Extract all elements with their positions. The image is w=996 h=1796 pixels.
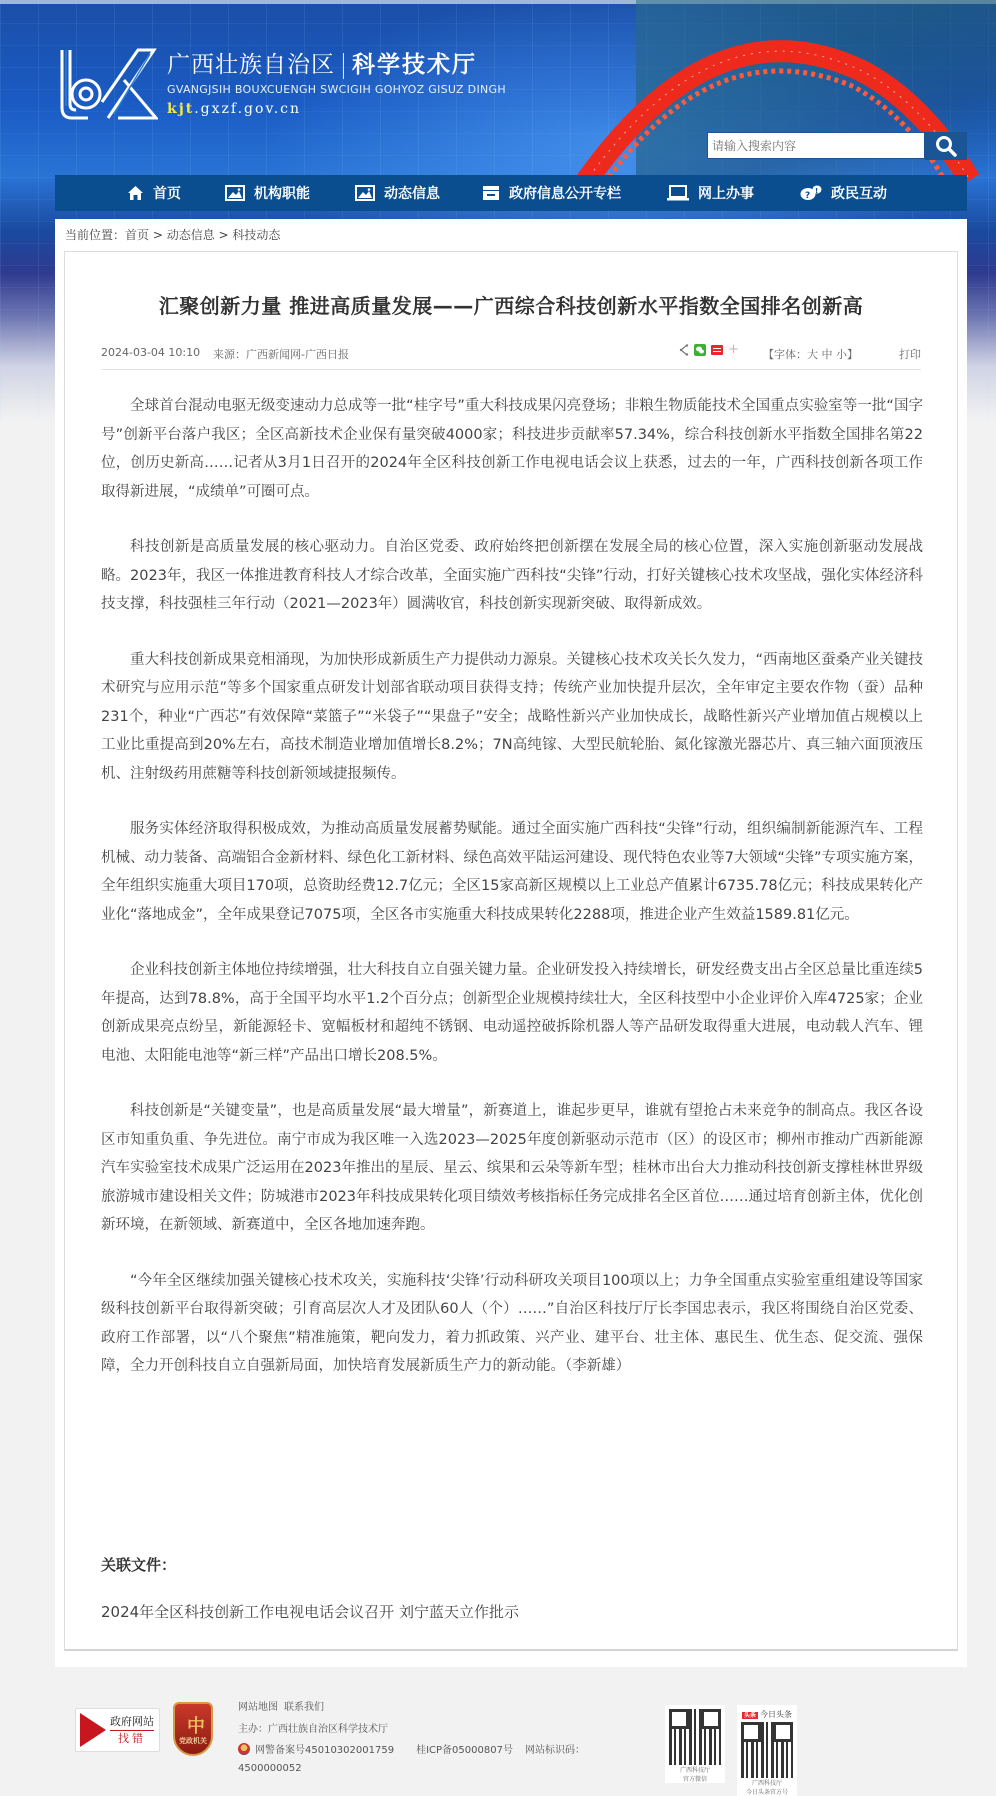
footer-links: 网站地图联系我们 xyxy=(238,1698,330,1713)
search-button[interactable] xyxy=(925,132,967,160)
nav-item-online-service[interactable]: 网上办事 xyxy=(667,175,754,211)
breadcrumb-separator: > xyxy=(149,228,167,242)
picture-icon xyxy=(225,185,245,201)
emblem-icon: 中 xyxy=(187,1712,205,1738)
domain-highlight: kjt xyxy=(167,101,194,117)
main-nav: 首页 机构职能 动态信息 政府信息公开专栏 网上办事 ?! 政民互动 xyxy=(55,175,967,211)
toutiao-name: 今日头条 xyxy=(760,1710,792,1719)
breadcrumb: 当前位置：首页 > 动态信息 > 科技动态 xyxy=(65,226,280,243)
police-badge-icon xyxy=(238,1743,250,1755)
footer-host: 主办：广西壮族自治区科学技术厅 xyxy=(238,1720,388,1735)
article-body: 全球首台混动电驱无级变速动力总成等一批“桂字号”重大科技成果闪亮登场；非粮生物质… xyxy=(101,392,923,1408)
nav-item-gov-info[interactable]: 政府信息公开专栏 xyxy=(482,175,621,211)
share-icon[interactable] xyxy=(679,344,689,356)
article-title: 汇聚创新力量 推进高质量发展——广西综合科技创新水平指数全国排名创新高 xyxy=(65,290,957,319)
font-label-close: 】 xyxy=(847,348,858,361)
share-bar: + xyxy=(679,344,739,356)
weibo-icon[interactable] xyxy=(711,345,723,355)
nav-item-org[interactable]: 机构职能 xyxy=(225,175,310,211)
chat-icon: ?! xyxy=(800,185,822,201)
cabinet-icon xyxy=(482,185,500,201)
footer: 政府网站 找错 中 党政机关 网站地图联系我们 主办：广西壮族自治区科学技术厅 … xyxy=(0,1680,996,1781)
svg-text:?: ? xyxy=(805,191,810,201)
nav-label: 首页 xyxy=(153,183,181,203)
site-title: 广西壮族自治区科学技术厅 xyxy=(167,46,477,79)
nav-label: 动态信息 xyxy=(384,183,440,203)
font-size-small[interactable]: 小 xyxy=(836,348,847,361)
police-record[interactable]: 网警备案号45010302001759 xyxy=(255,1741,394,1756)
plus-icon[interactable]: + xyxy=(728,344,739,356)
print-button[interactable]: 打印 xyxy=(899,346,921,362)
search-input[interactable] xyxy=(707,132,925,159)
related-files-heading: 关联文件： xyxy=(101,1554,176,1575)
picture-icon xyxy=(355,185,375,201)
toutiao-qr-code: 头条今日头条 广西科技厅 今日头条官方号 xyxy=(737,1705,797,1796)
source-label: 来源： xyxy=(213,348,246,361)
nav-label: 网上办事 xyxy=(698,183,754,203)
svg-text:!: ! xyxy=(815,187,818,195)
article-paragraph: 全球首台混动电驱无级变速动力总成等一批“桂字号”重大科技成果闪亮登场；非粮生物质… xyxy=(101,392,923,506)
nav-item-news[interactable]: 动态信息 xyxy=(355,175,440,211)
font-size-medium[interactable]: 中 xyxy=(822,348,833,361)
breadcrumb-news[interactable]: 动态信息 xyxy=(167,228,215,242)
wechat-qr-code: 广西科技厅 官方微信 xyxy=(665,1705,725,1783)
icp-record[interactable]: 桂ICP备05000807号 xyxy=(416,1741,513,1756)
toutiao-header: 头条今日头条 xyxy=(737,1709,797,1720)
kjt-logo-icon xyxy=(58,46,158,122)
footer-link-sitemap[interactable]: 网站地图 xyxy=(238,1702,278,1713)
site-domain: kjt.gxzf.gov.cn xyxy=(167,101,301,117)
home-icon xyxy=(127,185,144,201)
site-title-english: GVANGJSIH BOUXCUENGH SWCIGIH GOHYOZ GISU… xyxy=(167,83,506,96)
footer-link-contact[interactable]: 联系我们 xyxy=(284,1702,324,1713)
breadcrumb-separator: > xyxy=(215,228,233,242)
font-size-control: 【字体：大 中 小】 xyxy=(763,346,858,362)
site-id: 4500000052 xyxy=(238,1763,302,1774)
footer-registration: 网警备案号45010302001759 桂ICP备05000807号 网站标识码… xyxy=(238,1741,585,1756)
bridge-arch-image xyxy=(560,30,980,190)
font-size-large[interactable]: 大 xyxy=(807,348,818,361)
qr-caption: 广西科技厅 xyxy=(737,1778,797,1787)
related-file-link[interactable]: 2024年全区科技创新工作电视电话会议召开 刘宁蓝天立作批示 xyxy=(101,1601,519,1622)
article-paragraph: 科技创新是高质量发展的核心驱动力。自治区党委、政府始终把创新摆在发展全局的核心位… xyxy=(101,533,923,619)
article-paragraph: 企业科技创新主体地位持续增强，壮大科技自立自强关键力量。企业研发投入持续增长，研… xyxy=(101,956,923,1070)
article-source: 来源：广西新闻网-广西日报 xyxy=(213,346,349,362)
site-title-region: 广西壮族自治区 xyxy=(167,52,335,78)
qr-code-icon xyxy=(741,1722,793,1778)
toutiao-tag: 头条 xyxy=(742,1712,758,1719)
breadcrumb-tech-news[interactable]: 科技动态 xyxy=(232,228,280,242)
content-card: 当前位置：首页 > 动态信息 > 科技动态 汇聚创新力量 推进高质量发展——广西… xyxy=(55,219,967,1667)
laptop-icon xyxy=(667,185,689,201)
badge-line1: 政府网站 xyxy=(110,1714,154,1731)
qr-caption: 官方微信 xyxy=(665,1774,725,1783)
nav-label: 政民互动 xyxy=(831,183,887,203)
party-gov-badge[interactable]: 中 党政机关 xyxy=(173,1702,213,1756)
article-meta: 2024-03-04 10:10 来源：广西新闻网-广西日报 + 【字体：大 中… xyxy=(101,344,921,370)
publish-date: 2024-03-04 10:10 xyxy=(101,346,200,359)
qr-code-icon xyxy=(669,1709,721,1765)
title-divider xyxy=(343,53,344,79)
article-paragraph: “今年全区继续加强关键核心技术攻关，实施科技‘尖锋’行动科研攻关项目100项以上… xyxy=(101,1267,923,1381)
nav-item-home[interactable]: 首页 xyxy=(127,175,181,211)
domain-rest: .gxzf.gov.cn xyxy=(194,101,301,117)
badge-line2: 找错 xyxy=(118,1731,146,1746)
gov-site-error-report-badge[interactable]: 政府网站 找错 xyxy=(75,1708,160,1752)
article-paragraph: 服务实体经济取得积极成效，为推动高质量发展蓄势赋能。通过全面实施广西科技“尖锋”… xyxy=(101,815,923,929)
breadcrumb-home[interactable]: 首页 xyxy=(125,228,149,242)
search-icon xyxy=(935,135,957,157)
wechat-icon[interactable] xyxy=(694,344,706,356)
article-paragraph: 科技创新是“关键变量”，也是高质量发展“最大增量”，新赛道上，谁起步更早，谁就有… xyxy=(101,1097,923,1240)
qr-caption: 今日头条官方号 xyxy=(737,1787,797,1796)
article-container: 汇聚创新力量 推进高质量发展——广西综合科技创新水平指数全国排名创新高 2024… xyxy=(64,251,958,1651)
article-paragraph: 重大科技创新成果竞相涌现，为加快形成新质生产力提供动力源泉。关键核心技术攻关长久… xyxy=(101,646,923,789)
nav-label: 政府信息公开专栏 xyxy=(509,183,621,203)
nav-item-interaction[interactable]: ?! 政民互动 xyxy=(800,175,887,211)
source-value: 广西新闻网-广西日报 xyxy=(246,348,349,361)
breadcrumb-prefix: 当前位置： xyxy=(65,228,125,242)
nav-label: 机构职能 xyxy=(254,183,310,203)
site-title-dept: 科学技术厅 xyxy=(352,52,477,78)
site-id-label: 网站标识码： xyxy=(525,1741,585,1756)
font-label-open: 【字体： xyxy=(763,348,807,361)
magnifier-icon xyxy=(80,1713,106,1747)
qr-caption: 广西科技厅 xyxy=(665,1765,725,1774)
